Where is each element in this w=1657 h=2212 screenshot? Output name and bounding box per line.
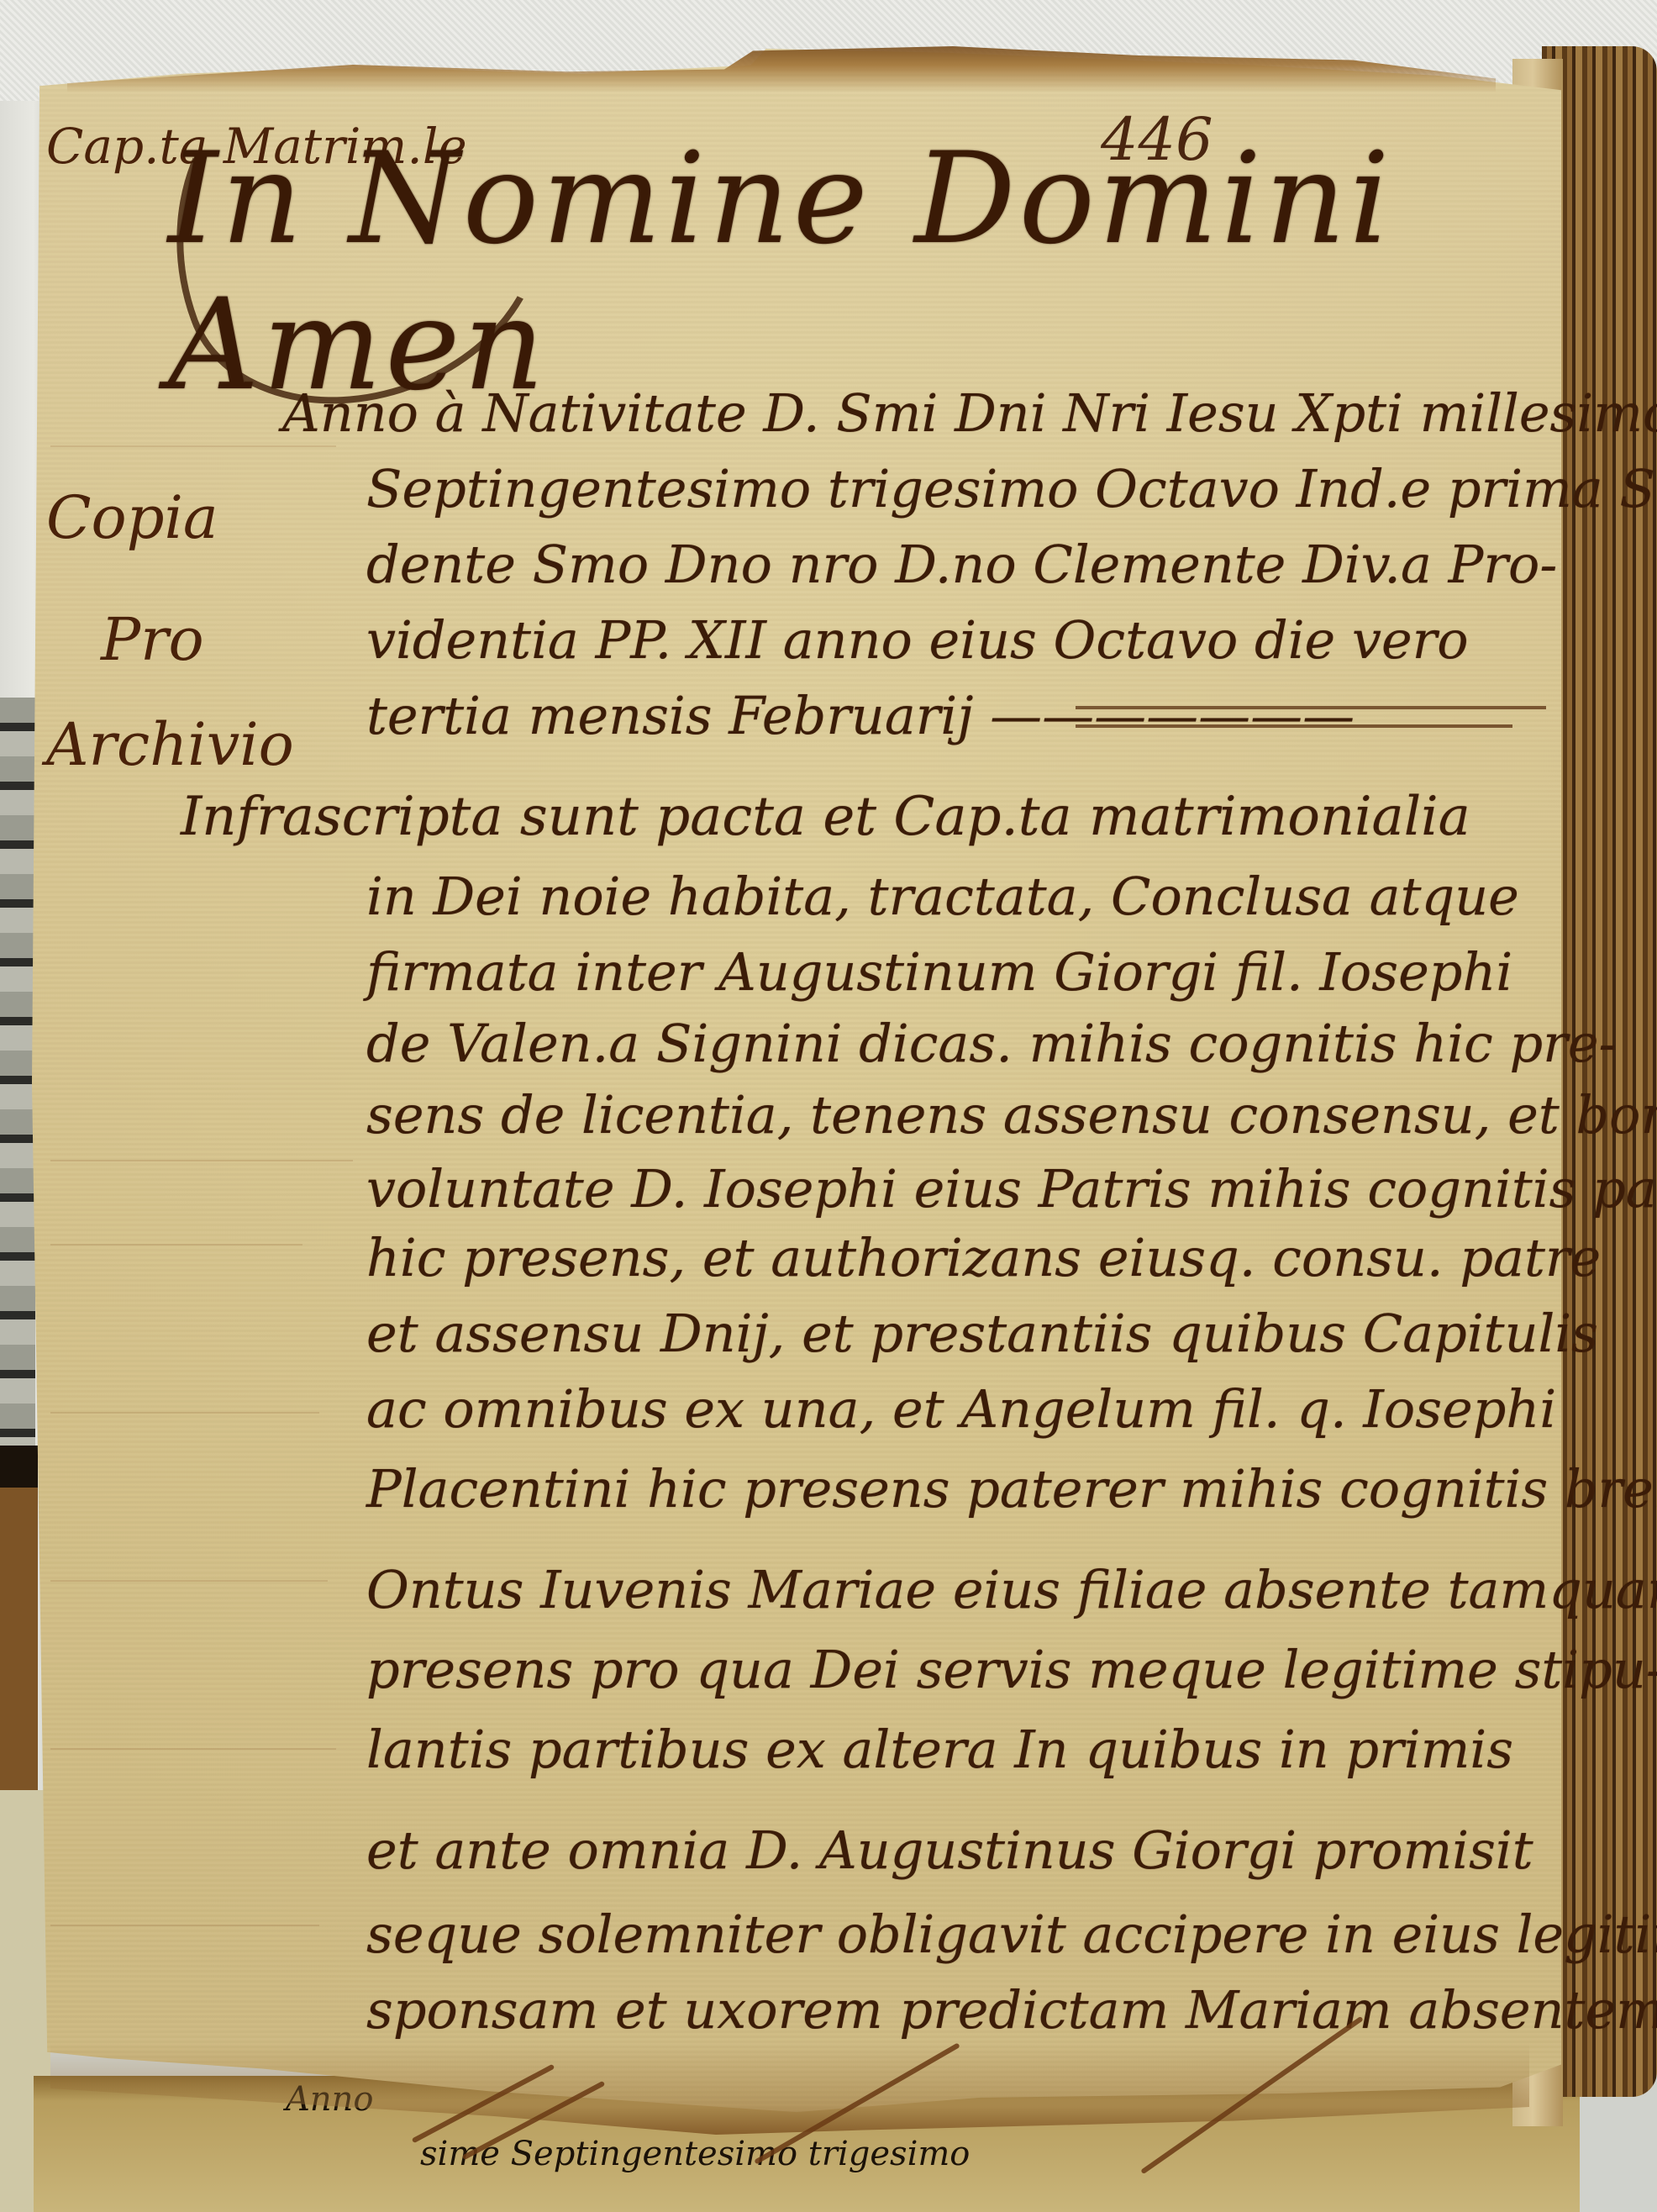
text-line: voluntate D. Iosephi eius Patris mihis c… [366, 1158, 1657, 1219]
bleed-through [50, 445, 336, 447]
text-line: presens pro qua Dei servis meque legitim… [366, 1639, 1657, 1700]
text-line: seque solemniter obligavit accipere in e… [366, 1904, 1657, 1965]
line-filler-rule [1076, 724, 1512, 728]
underlying-page-text: sime Septingentesimo trigesimo [420, 2135, 970, 2173]
text-line: Placentini hic presens paterer mihis cog… [366, 1458, 1657, 1519]
margin-note-line: Copia [46, 483, 218, 552]
text-line: et assensu Dnij, et prestantiis quibus C… [366, 1303, 1598, 1364]
bleed-through [50, 1748, 336, 1750]
text-line: Septingentesimo trigesimo Octavo Ind.e p… [366, 458, 1657, 519]
text-line: Infrascripta sunt pacta et Cap.ta matrim… [181, 786, 1470, 848]
bleed-through [50, 1925, 319, 1926]
text-line: in Dei noie habita, tractata, Conclusa a… [366, 866, 1519, 927]
bleed-through [50, 1580, 328, 1582]
text-line: de Valen.a Signini dicas. mihis cognitis… [366, 1013, 1616, 1074]
bleed-through [50, 1412, 319, 1414]
bleed-through [50, 1160, 353, 1161]
text-line: firmata inter Augustinum Giorgi fil. Ios… [366, 941, 1512, 1003]
line-filler-rule [1076, 706, 1546, 709]
margin-note-line: Pro [101, 605, 204, 674]
text-line: sponsam et uxorem predictam Mariam absen… [366, 1979, 1657, 2041]
text-line: Ontus Iuvenis Mariae eius filiae absente… [366, 1559, 1657, 1620]
text-line: ac omnibus ex una, et Angelum fil. q. Io… [366, 1378, 1556, 1440]
text-line: lantis partibus ex altera In quibus in p… [366, 1719, 1513, 1780]
margin-note-line: Archivio [46, 710, 294, 779]
text-line: videntia PP. XII anno eius Octavo die ve… [366, 609, 1469, 671]
text-line: et ante omnia D. Augustinus Giorgi promi… [366, 1820, 1533, 1881]
bleed-through [50, 1244, 302, 1246]
invocation-heading: In Nomine Domini Amen [168, 126, 1657, 419]
text-line: tertia mensis Februarij ——————— [366, 685, 1355, 746]
text-line: dente Smo Dno nro D.no Clemente Div.a Pr… [366, 534, 1557, 595]
text-line: Anno à Nativitate D. Smi Dni Nri Iesu Xp… [282, 382, 1657, 444]
text-line: hic presens, et authorizans eiusq. consu… [366, 1227, 1601, 1288]
text-line: sens de licentia, tenens assensu consens… [366, 1084, 1657, 1145]
